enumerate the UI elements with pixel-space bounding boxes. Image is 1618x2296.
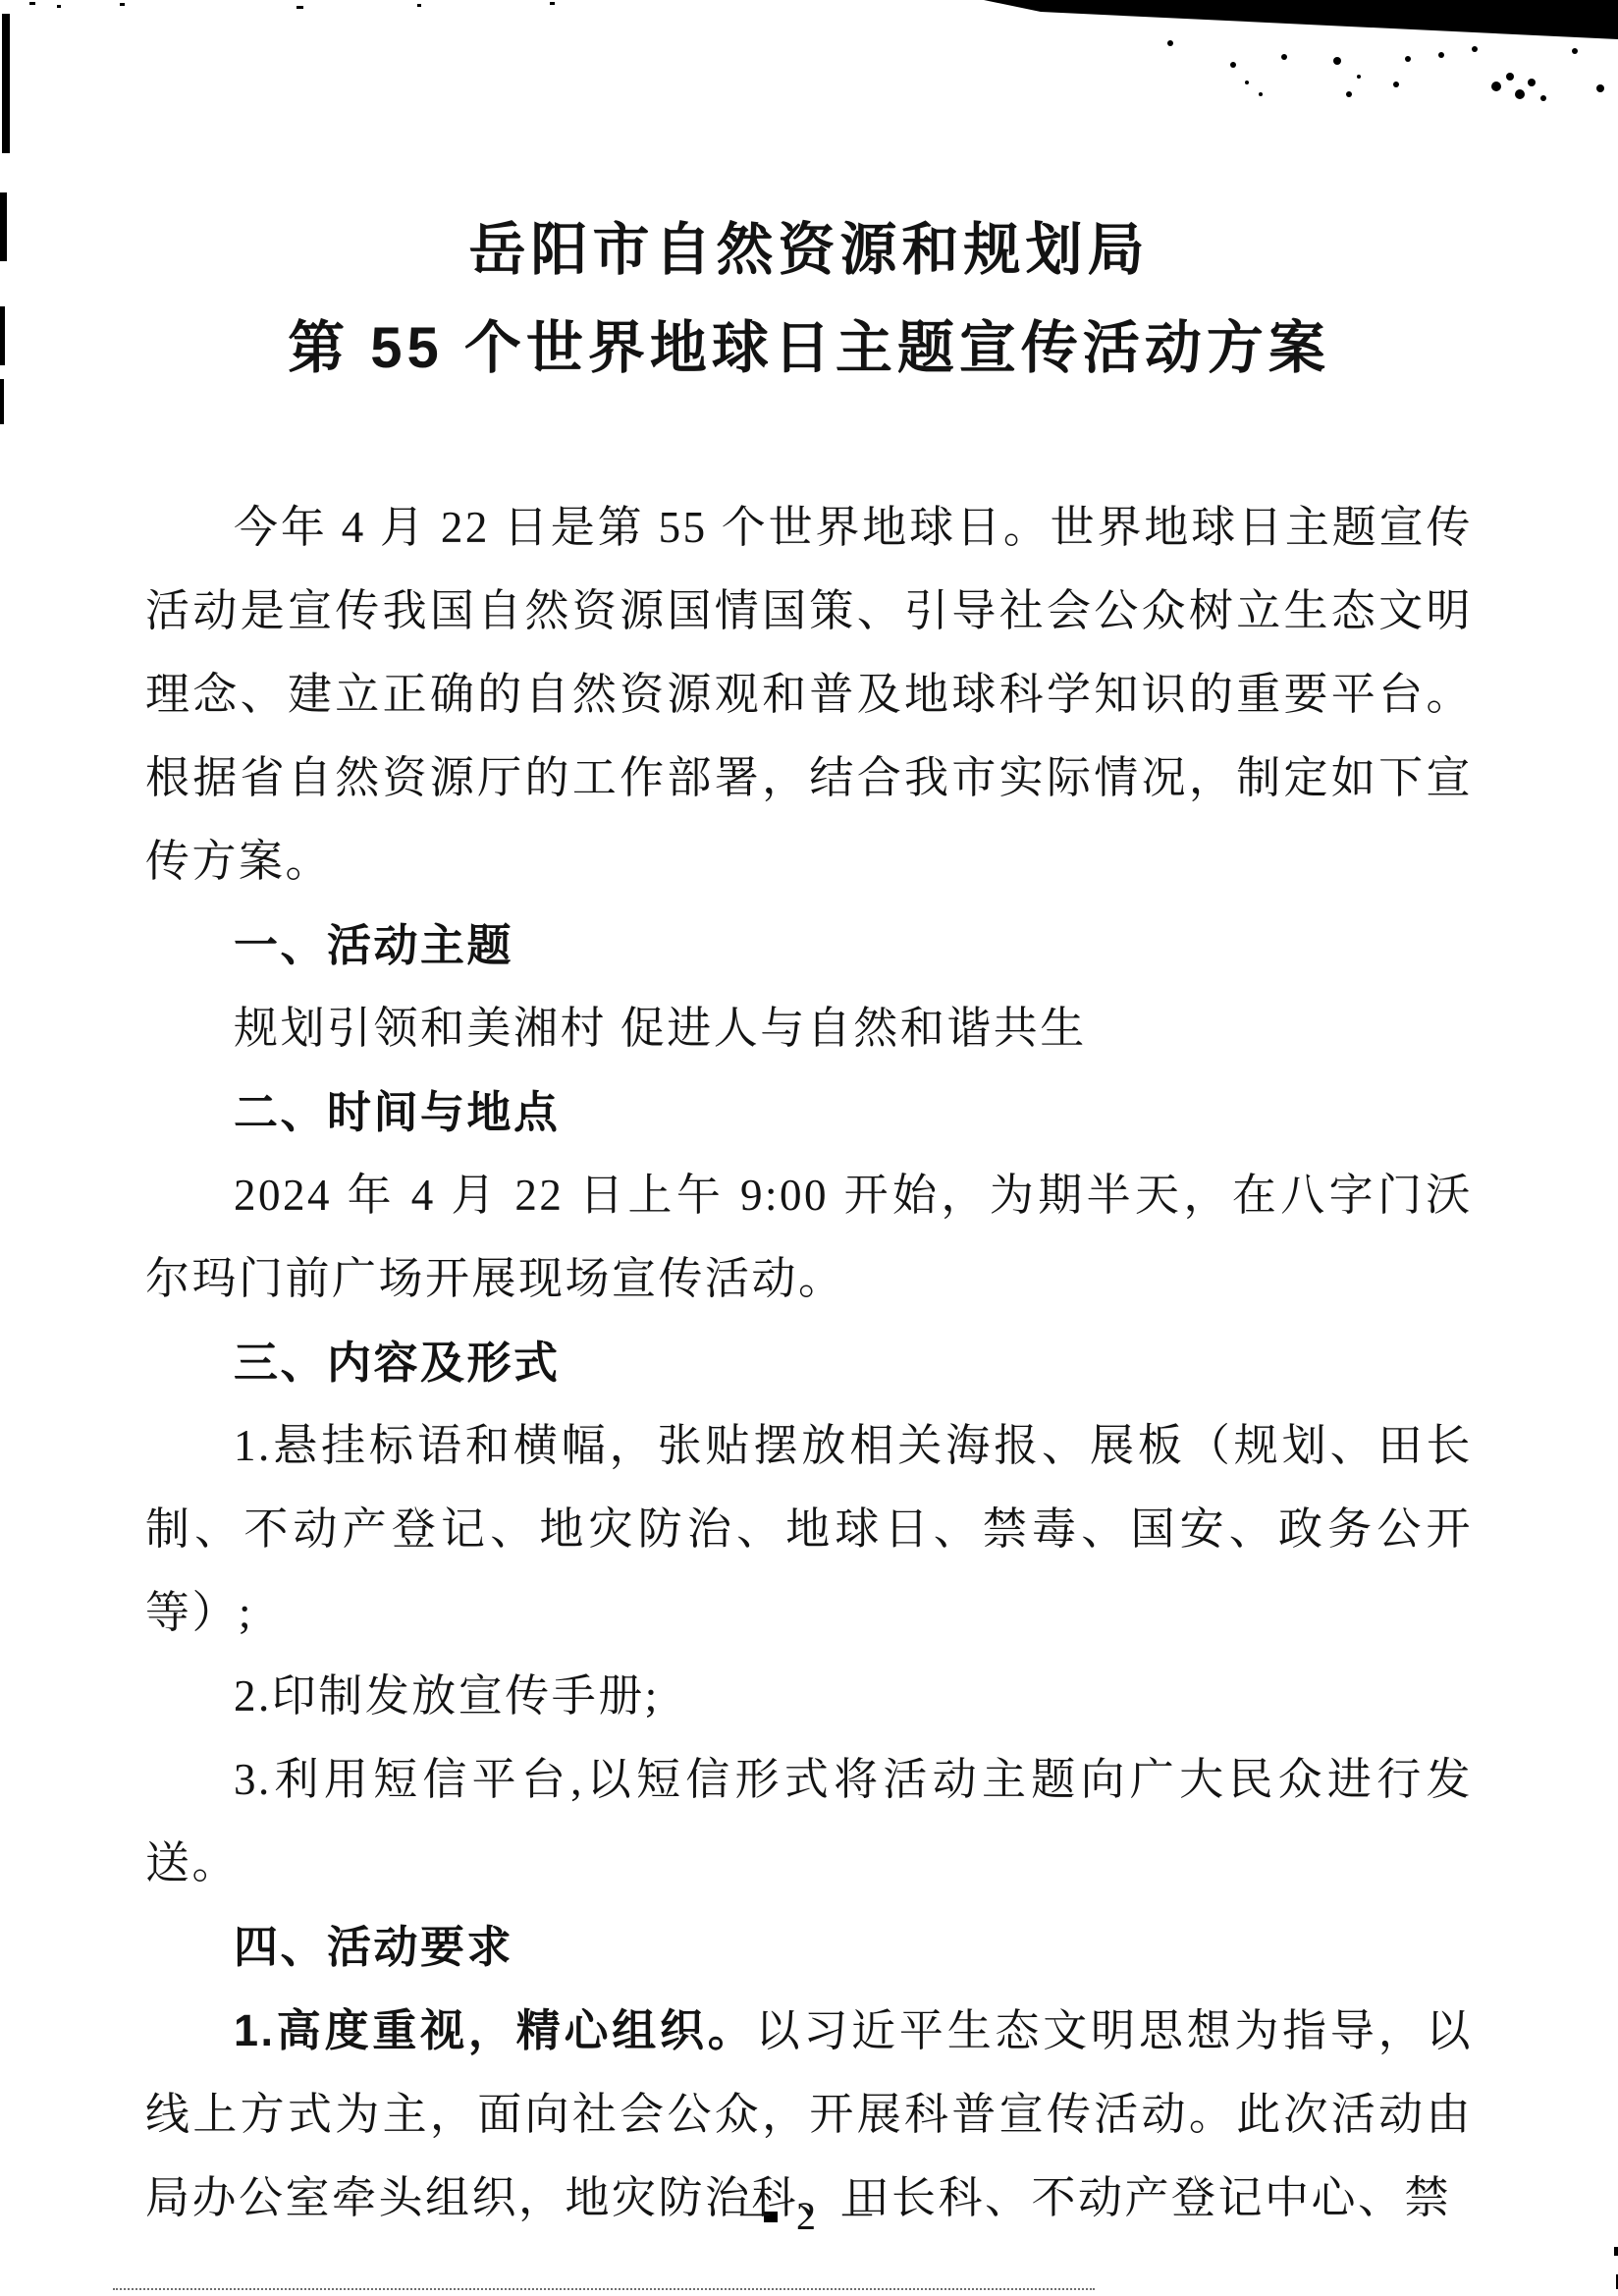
scanned-document-page: 岳阳市自然资源和规划局 第 55 个世界地球日主题宣传活动方案 今年 4 月 2… [0, 0, 1618, 2296]
scan-artifact-left-dash [0, 192, 7, 261]
scan-artifact-left-dash [0, 306, 5, 365]
page-number: － 2 － [735, 2194, 883, 2238]
scan-artifact-bottom-dots [113, 2288, 1095, 2290]
scan-artifact-top-edge [0, 0, 1618, 128]
section-heading: 二、时间与地点 [145, 1070, 1473, 1154]
section-heading: 一、活动主题 [145, 903, 1473, 987]
body-paragraph: 2024 年 4 月 22 日上午 9:00 开始，为期半天，在八字门沃尔玛门前… [145, 1154, 1473, 1321]
body-paragraph: 1.悬挂标语和横幅，张贴摆放相关海报、展板（规划、田长制、不动产登记、地灾防治、… [145, 1404, 1473, 1655]
paragraph-bold-lead: 1.高度重视，精心组织。 [234, 2005, 756, 2055]
document-body: 今年 4 月 22 日是第 55 个世界地球日。世界地球日主题宣传活动是宣传我国… [145, 486, 1473, 2240]
body-paragraph: 今年 4 月 22 日是第 55 个世界地球日。世界地球日主题宣传活动是宣传我国… [145, 486, 1473, 903]
document-title: 岳阳市自然资源和规划局 第 55 个世界地球日主题宣传活动方案 [145, 201, 1473, 398]
title-line-2: 第 55 个世界地球日主题宣传活动方案 [145, 300, 1473, 398]
scan-artifact-left-bar [2, 14, 10, 153]
section-heading: 三、内容及形式 [145, 1321, 1473, 1404]
page-footer: － 2 － [0, 2185, 1618, 2241]
section-heading: 四、活动要求 [145, 1905, 1473, 1989]
scan-artifact-left-dash [0, 379, 4, 424]
body-paragraph: 2.印制发放宣传手册; [145, 1655, 1473, 1738]
scan-artifact-right-dash [1614, 2247, 1618, 2256]
title-line-1: 岳阳市自然资源和规划局 [145, 201, 1473, 300]
body-paragraph: 规划引领和美湘村 促进人与自然和谐共生 [145, 987, 1473, 1070]
body-paragraph: 3.利用短信平台,以短信形式将活动主题向广大民众进行发送。 [145, 1738, 1473, 1905]
